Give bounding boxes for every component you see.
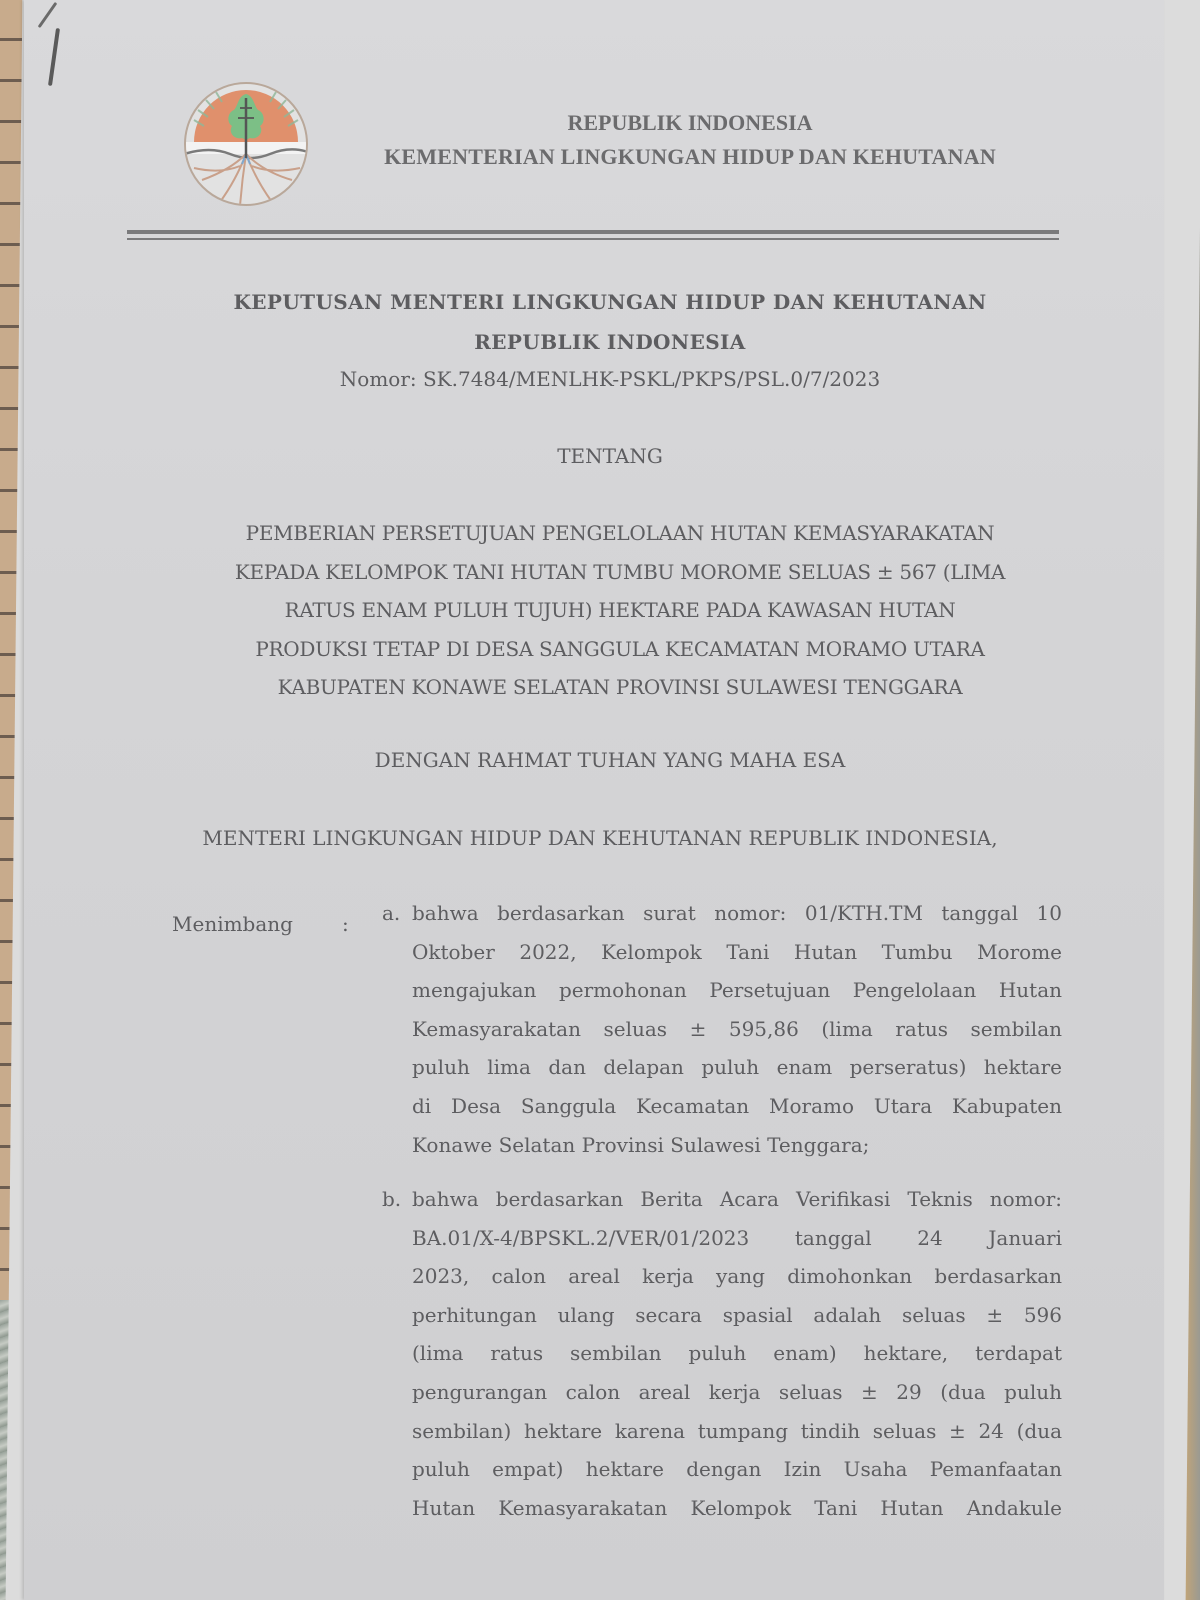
item-line: BA.01/X-4/BPSKL.2/VER/01/2023 tanggal 24… [382,1219,1062,1258]
item-marker: a. [382,894,400,933]
item-line: puluh lima dan delapan puluh enam perser… [382,1048,1062,1087]
item-line: sembilan) hektare karena tumpang tindih … [382,1412,1062,1451]
letterhead-country: REPUBLIK INDONESIA [330,110,1050,136]
considerations-colon: : [342,912,349,936]
item-line: puluh empat) hektare dengan Izin Usaha P… [382,1450,1062,1489]
invocation: DENGAN RAHMAT TUHAN YANG MAHA ESA [140,748,1080,772]
subject-line: KABUPATEN KONAWE SELATAN PROVINSI SULAWE… [170,668,1070,707]
item-line: bahwa berdasarkan surat nomor: 01/KTH.TM… [382,894,1062,933]
subject-line: PRODUKSI TETAP DI DESA SANGGULA KECAMATA… [170,630,1070,669]
considerations-label: Menimbang [172,912,293,936]
consideration-item-b: b. bahwa berdasarkan Berita Acara Verifi… [382,1180,1062,1527]
item-line: 2023, calon areal kerja yang dimohonkan … [382,1257,1062,1296]
consideration-item-a: a. bahwa berdasarkan surat nomor: 01/KTH… [382,894,1062,1164]
page-bottom-cutoff [24,1520,1164,1600]
item-line: mengajukan permohonan Persetujuan Pengel… [382,971,1062,1010]
item-line: perhitungan ulang secara spasial adalah … [382,1296,1062,1335]
item-line: Konawe Selatan Provinsi Sulawesi Tenggar… [382,1126,1062,1165]
item-line: Oktober 2022, Kelompok Tani Hutan Tumbu … [382,933,1062,972]
decree-title-country: REPUBLIK INDONESIA [140,330,1080,354]
letterhead-divider [127,230,1059,234]
decree-title: KEPUTUSAN MENTERI LINGKUNGAN HIDUP DAN K… [140,290,1080,314]
decree-subject: PEMBERIAN PERSETUJUAN PENGELOLAAN HUTAN … [170,514,1070,707]
item-line: bahwa berdasarkan Berita Acara Verifikas… [382,1180,1062,1219]
about-label: TENTANG [140,444,1080,468]
letterhead: REPUBLIK INDONESIA KEMENTERIAN LINGKUNGA… [330,110,1050,170]
item-line: pengurangan calon areal kerja seluas ± 2… [382,1373,1062,1412]
item-line: Kemasyarakatan seluas ± 595,86 (lima rat… [382,1010,1062,1049]
klhk-tree-emblem-icon [180,80,312,208]
subject-line: KEPADA KELOMPOK TANI HUTAN TUMBU MOROME … [170,553,1070,592]
item-line: di Desa Sanggula Kecamatan Moramo Utara … [382,1087,1062,1126]
subject-line: RATUS ENAM PULUH TUJUH) HEKTARE PADA KAW… [170,591,1070,630]
letterhead-divider-thin [127,238,1059,240]
item-marker: b. [382,1180,401,1219]
letterhead-ministry: KEMENTERIAN LINGKUNGAN HIDUP DAN KEHUTAN… [330,144,1050,170]
subject-line: PEMBERIAN PERSETUJUAN PENGELOLAAN HUTAN … [170,514,1070,553]
issuer: MENTERI LINGKUNGAN HIDUP DAN KEHUTANAN R… [150,826,1050,850]
decree-number: Nomor: SK.7484/MENLHK-PSKL/PKPS/PSL.0/7/… [140,367,1080,391]
item-line: (lima ratus sembilan puluh enam) hektare… [382,1334,1062,1373]
